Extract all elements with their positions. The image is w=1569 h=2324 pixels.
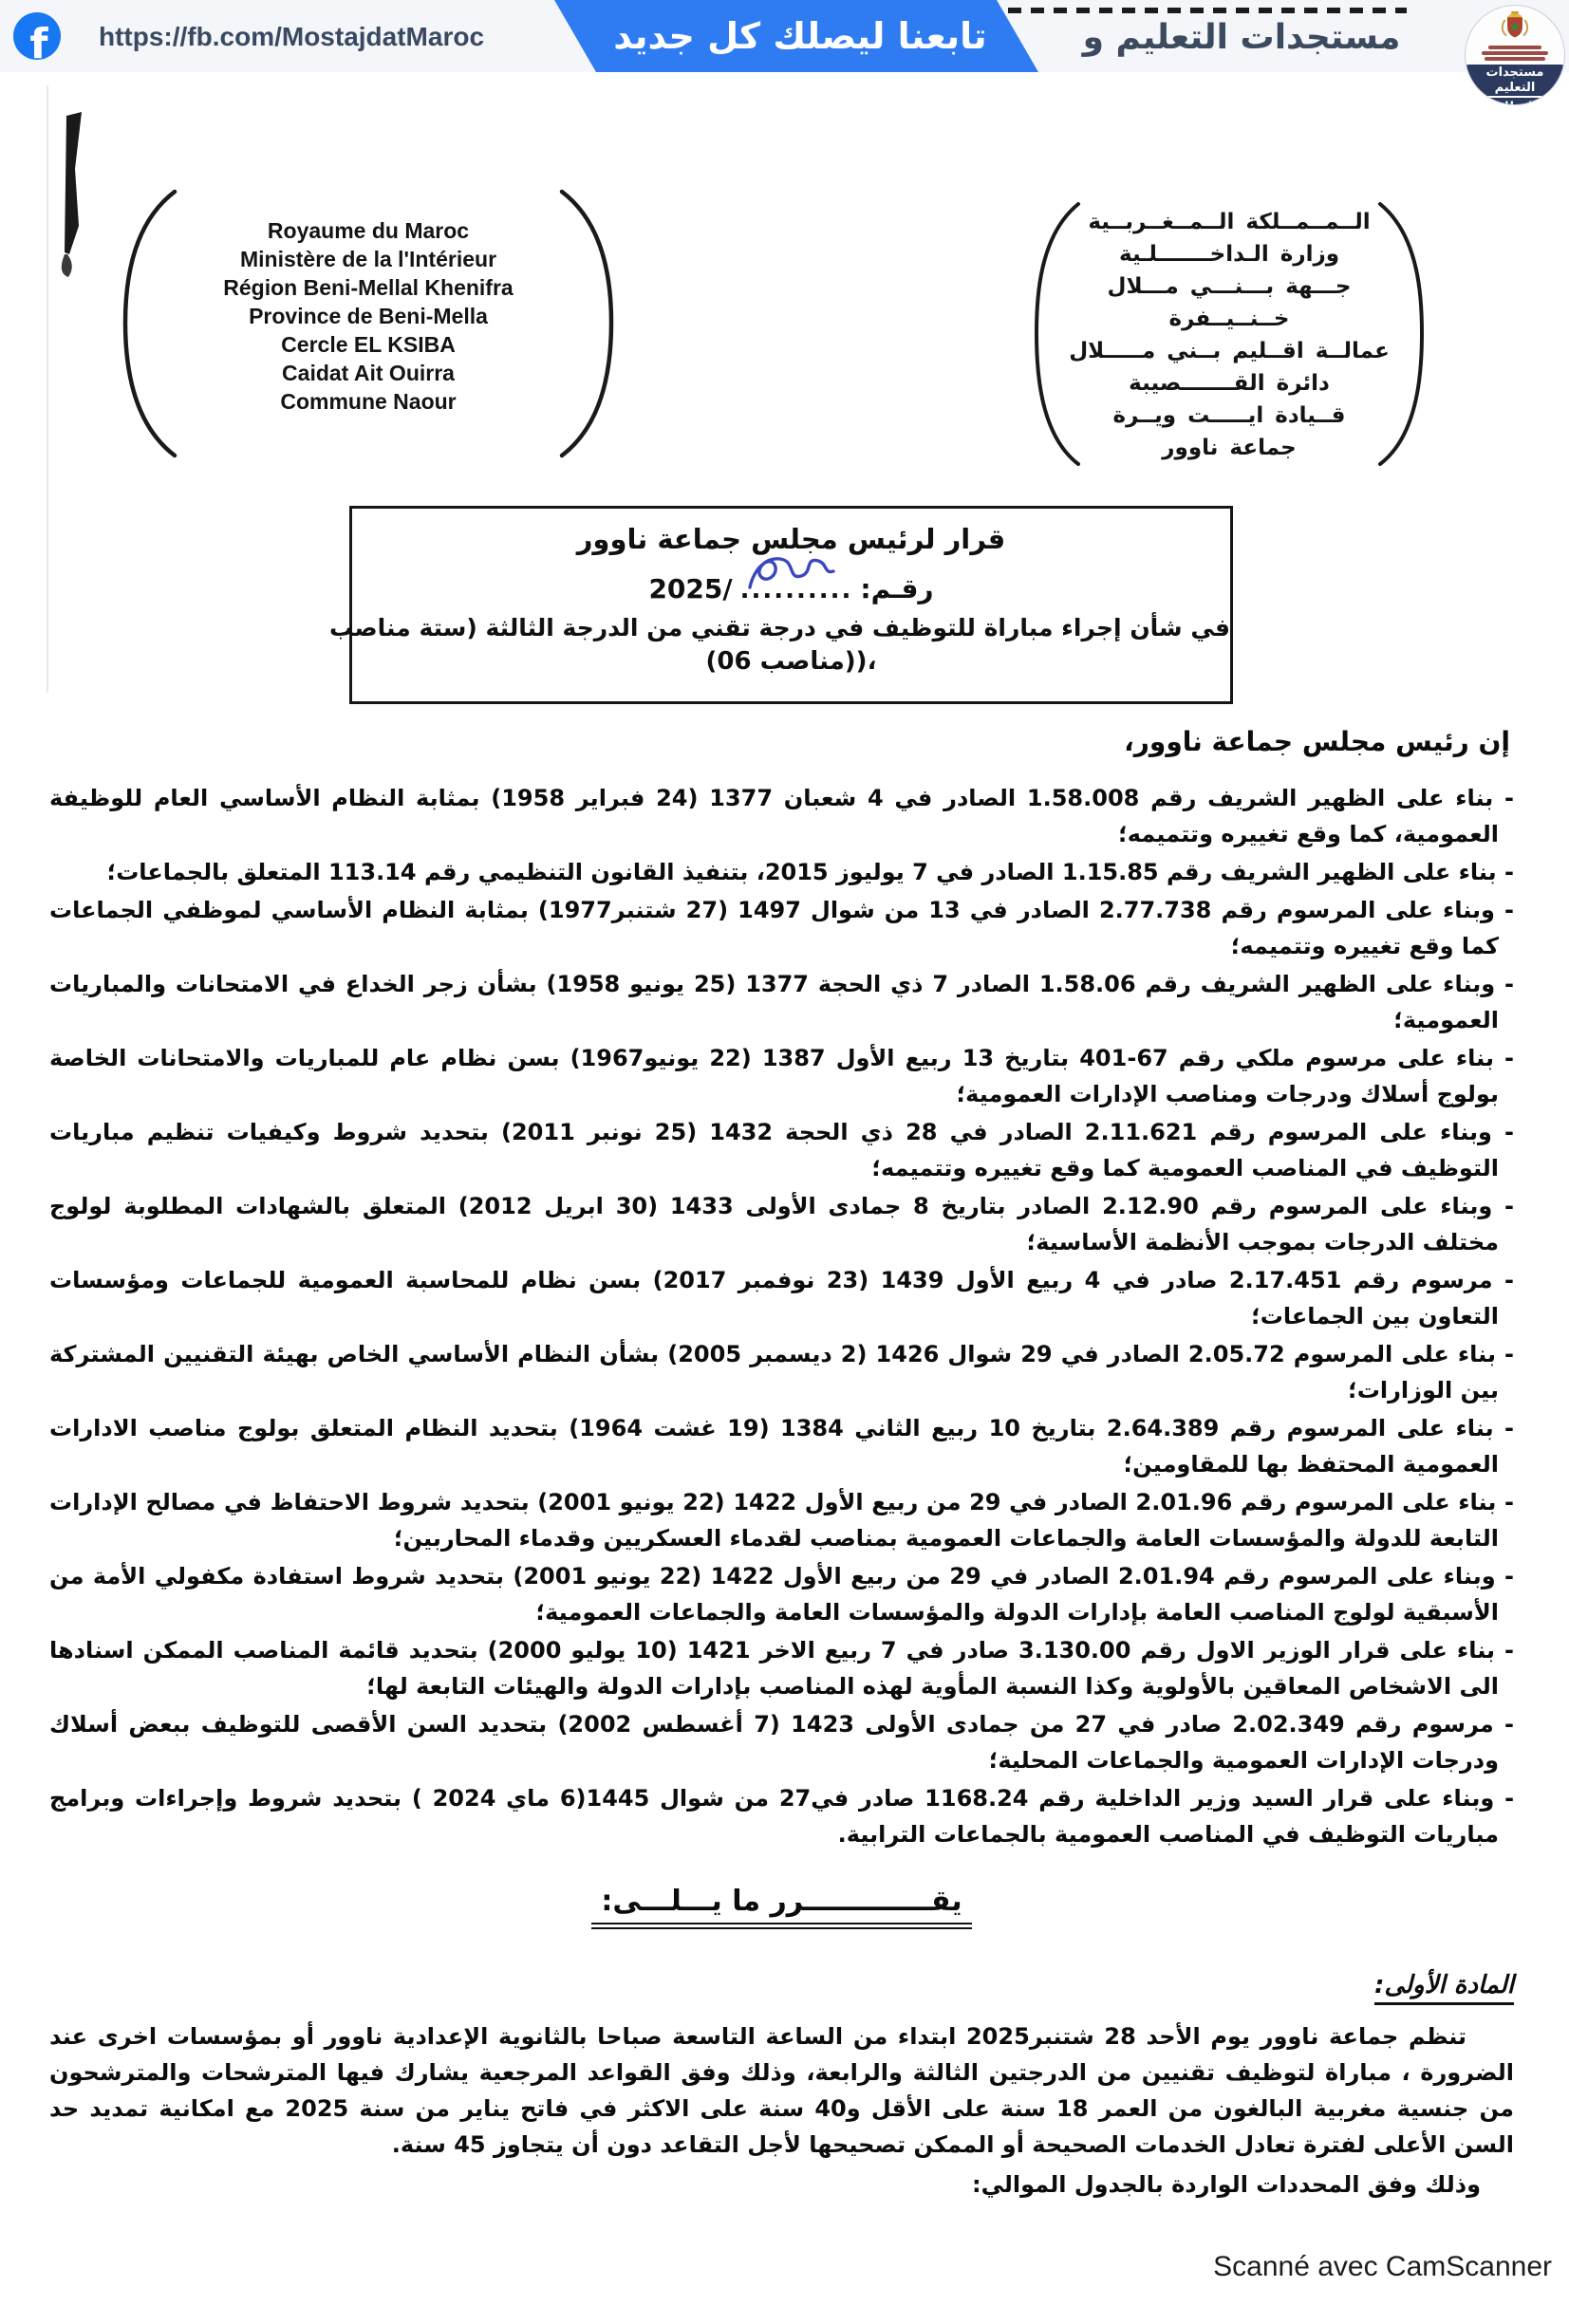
salutation: إن رئيس مجلس جماعة ناوور، [1124,726,1510,757]
dotted-blank: .......... [740,576,853,604]
screenshot-root: f https://fb.com/MostajdatMaroc تابعنا ل… [0,0,1569,2324]
letterhead-line: وزارة الـداخـــــــلـية [1025,238,1433,270]
facebook-icon[interactable]: f [13,12,61,60]
preamble-clause: - بناء على المرسوم 2.05.72 الصادر في 29 … [49,1336,1514,1408]
article-1-body: تنظم جماعة ناوور يوم الأحد 28 شتنبر2025 … [49,2018,1514,2163]
paper-edge-shadow [47,85,48,693]
emblem-text-line [1482,51,1548,55]
emblem-text-line [1488,46,1541,49]
facebook-f-glyph: f [29,24,47,60]
article-1-title: المادة الأولى: [1374,1971,1514,2005]
camscanner-credit: Scanné avec CamScanner [1213,2251,1552,2283]
letterhead-line: Commune Naour [112,387,625,416]
letterhead-line: قــيادة ايـــــت ويــرة [1025,400,1433,432]
preamble-clause: - وبناء على قرار السيد وزير الداخلية رقم… [49,1780,1514,1852]
decision-number-row: رقـم: .......... 2025/ [352,563,1230,604]
letterhead-line: Cercle EL KSIBA [112,330,625,359]
table-reference-note: وذلك وفق المحددات الواردة بالجدول الموال… [49,2166,1481,2203]
letterhead-line: الــمــمــلكة الــمــغــربــية [1025,206,1433,238]
preamble-clause: - بناء على المرسوم رقم 2.01.96 الصادر في… [49,1484,1514,1556]
decision-heading-row: يقـــــــــــــرر ما يـــلـــى: [49,1885,1514,1929]
handwritten-number-pen-mark [744,544,849,599]
preamble-clause: - بناء على الظهير الشريف رقم 1.15.85 الص… [49,854,1514,890]
follow-text: تابعنا ليصلك كل جديد [600,15,986,57]
brand-title: مستجدات التعليم و الوظائف [1027,0,1456,72]
letterhead-line: Province de Beni-Mella [112,302,625,330]
letterhead-line: Caidat Ait Ouirra [112,359,625,387]
preamble-clause: - بناء على قرار الوزير الاول رقم 3.130.0… [49,1632,1514,1704]
letterhead-line: Royaume du Maroc [112,216,625,245]
preamble-clause: - بناء على مرسوم ملكي رقم 67-401 بتاريخ … [49,1040,1514,1112]
letterhead-line: جماعة ناوور [1025,432,1433,464]
letterhead-line: Région Beni-Mellal Khenifra [112,273,625,302]
moroccan-emblem-icon [1499,11,1531,40]
number-label: رقـم: [860,573,933,604]
preamble-clause: - مرسوم رقم 2.02.349 صادر في 27 من جمادى… [49,1706,1514,1778]
decision-title-box: قرار لرئيس مجلس جماعة ناوور رقـم: ......… [349,506,1233,704]
preamble-clause: - وبناء على المرسوم رقم 2.01.94 الصادر ف… [49,1558,1514,1630]
facebook-url-link[interactable]: https://fb.com/MostajdatMaroc [99,0,484,72]
ink-smudge-artifact [55,110,104,290]
decision-heading: يقـــــــــــــرر ما يـــلـــى: [591,1885,971,1929]
number-year: 2025/ [648,573,732,604]
decision-body: - بناء على الظهير الشريف رقم 1.58.008 ال… [49,780,1514,2203]
decision-subject-line2: (06 مناصب))، [352,647,1230,676]
letterhead-line: جـــهة بـــنـــي مـــلال [1025,270,1433,303]
preamble-clause: - وبناء على الظهير الشريف رقم 1.58.06 ال… [49,966,1514,1038]
letterhead-line: دائرة القـــــــصيبة [1025,367,1433,400]
logo-title-band: مستجدات التعليم [1466,65,1564,96]
decision-subject-line: في شأن إجراء مباراة للتوظيف في درجة تقني… [352,614,1230,641]
article-1-title-row: المادة الأولى: [49,1971,1514,2005]
letterhead-line: Ministère de la l'Intérieur [112,245,625,273]
preamble-clause: - بناء على المرسوم رقم 2.64.389 بتاريخ 1… [49,1410,1514,1482]
letterhead-line: خــنــيــفرة [1025,303,1433,335]
preamble-clause: - وبناء على المرسوم رقم 2.11.621 الصادر … [49,1114,1514,1186]
preamble-clause: - وبناء على المرسوم رقم 2.77.738 الصادر … [49,892,1514,964]
letterhead-french: Royaume du Maroc Ministère de la l'Intér… [112,180,625,465]
facebook-banner: f https://fb.com/MostajdatMaroc تابعنا ل… [0,0,1569,72]
preamble-clause: - وبناء على المرسوم رقم 2.12.90 الصادر ب… [49,1188,1514,1260]
brand-logo: مستجدات التعليم والوظائف [1465,5,1565,105]
preamble-clause: - مرسوم رقم 2.17.451 صادر في 4 ربيع الأو… [49,1262,1514,1334]
preamble-clause: - بناء على الظهير الشريف رقم 1.58.008 ال… [49,780,1514,852]
letterhead-line: عمالــة اقــليم بــني مـــــلال [1025,335,1433,367]
follow-ribbon: تابعنا ليصلك كل جديد [549,0,1038,72]
letterhead-arabic: الــمــمــلكة الــمــغــربــية وزارة الـ… [1025,195,1433,472]
scanned-document: Royaume du Maroc Ministère de la l'Intér… [0,72,1569,2324]
